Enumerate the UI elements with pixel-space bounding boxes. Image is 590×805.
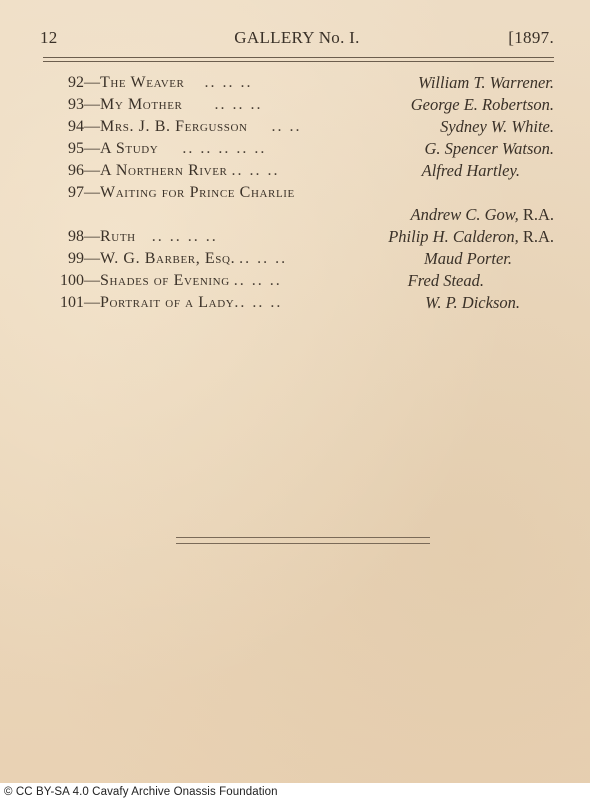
artist-name: Sydney W. White. bbox=[440, 117, 554, 136]
entry-number: 101 bbox=[40, 292, 84, 314]
em-dash: — bbox=[84, 270, 100, 292]
dot-leaders: .. .. .. .. .. bbox=[182, 140, 266, 157]
artist-name: Alfred Hartley. bbox=[422, 161, 520, 180]
running-head: 12 GALLERY No. I. [1897. bbox=[40, 28, 554, 52]
em-dash: — bbox=[84, 116, 100, 138]
year-marker: [1897. bbox=[508, 28, 554, 48]
artist-suffix: R.A. bbox=[519, 227, 554, 246]
em-dash: — bbox=[84, 182, 100, 204]
entry-artist: Alfred Hartley. bbox=[422, 160, 520, 182]
em-dash: — bbox=[84, 94, 100, 116]
dot-leaders: .. .. .. bbox=[234, 294, 282, 311]
artist-suffix: R.A. bbox=[519, 205, 554, 224]
em-dash: — bbox=[84, 138, 100, 160]
artist-name: Andrew C. Gow, bbox=[411, 205, 519, 224]
entry-title: A Northern River bbox=[100, 162, 227, 179]
catalogue-entry: 101—Portrait of a Lady.. .. .. W. P. Dic… bbox=[40, 292, 554, 314]
catalogue-entry: 97—Waiting for Prince Charlie bbox=[40, 182, 554, 204]
entry-number: 98 bbox=[40, 226, 84, 248]
entry-number: 94 bbox=[40, 116, 84, 138]
artist-name: Maud Porter. bbox=[424, 249, 512, 268]
entry-artist: Maud Porter. bbox=[424, 248, 512, 270]
entry-title: Ruth bbox=[100, 228, 136, 245]
catalogue-list: 92—The Weaver .. .. .. William T. Warren… bbox=[40, 72, 554, 314]
artist-name: Fred Stead. bbox=[408, 271, 484, 290]
catalogue-entry: 99—W. G. Barber, Esq. .. .. .. Maud Port… bbox=[40, 248, 554, 270]
entry-artist: Sydney W. White. bbox=[440, 116, 554, 138]
dot-leaders: .. .. bbox=[272, 118, 302, 135]
artist-name: William T. Warrener. bbox=[418, 73, 554, 92]
dot-leaders: .. .. .. .. bbox=[152, 228, 218, 245]
entry-title: A Study bbox=[100, 140, 158, 157]
entry-number: 97 bbox=[40, 182, 84, 204]
artist-name: W. P. Dickson. bbox=[425, 293, 520, 312]
page-title: GALLERY No. I. bbox=[40, 28, 554, 48]
entry-title: W. G. Barber, Esq. bbox=[100, 250, 235, 267]
scanned-page: 12 GALLERY No. I. [1897. 92—The Weaver .… bbox=[0, 0, 590, 783]
em-dash: — bbox=[84, 160, 100, 182]
artist-name: Philip H. Calderon, bbox=[388, 227, 518, 246]
catalogue-entry: 95—A Study .. .. .. .. .. G. Spencer Wat… bbox=[40, 138, 554, 160]
em-dash: — bbox=[84, 72, 100, 94]
entry-artist: William T. Warrener. bbox=[418, 72, 554, 94]
entry-title: The Weaver bbox=[100, 74, 185, 91]
entry-artist: Andrew C. Gow, R.A. bbox=[411, 204, 554, 226]
entry-number: 93 bbox=[40, 94, 84, 116]
entry-number: 96 bbox=[40, 160, 84, 182]
entry-number: 92 bbox=[40, 72, 84, 94]
entry-title: Mrs. J. B. Fergusson bbox=[100, 118, 248, 135]
entry-artist: W. P. Dickson. bbox=[425, 292, 520, 314]
dot-leaders: .. .. .. bbox=[231, 162, 279, 179]
em-dash: — bbox=[84, 248, 100, 270]
catalogue-entry: 98—Ruth .. .. .. .. Philip H. Calderon, … bbox=[40, 226, 554, 248]
em-dash: — bbox=[84, 292, 100, 314]
artist-name: G. Spencer Watson. bbox=[424, 139, 554, 158]
em-dash: — bbox=[84, 226, 100, 248]
catalogue-entry: 93—My Mother .. .. .. George E. Robertso… bbox=[40, 94, 554, 116]
entry-number: 99 bbox=[40, 248, 84, 270]
catalogue-entry: 94—Mrs. J. B. Fergusson .. .. Sydney W. … bbox=[40, 116, 554, 138]
entry-artist: Fred Stead. bbox=[408, 270, 484, 292]
dot-leaders: .. .. .. bbox=[214, 96, 262, 113]
entry-artist: G. Spencer Watson. bbox=[424, 138, 554, 160]
entry-artist: Philip H. Calderon, R.A. bbox=[388, 226, 554, 248]
entry-number: 95 bbox=[40, 138, 84, 160]
dot-leaders: .. .. .. bbox=[205, 74, 253, 91]
artist-name: George E. Robertson. bbox=[411, 95, 554, 114]
entry-artist: George E. Robertson. bbox=[411, 94, 554, 116]
entry-number: 100 bbox=[40, 270, 84, 292]
entry-title: Portrait of a Lady bbox=[100, 294, 234, 311]
copyright-credit: © CC BY-SA 4.0 Cavafy Archive Onassis Fo… bbox=[4, 786, 278, 798]
section-end-double-rule bbox=[176, 537, 430, 544]
header-double-rule bbox=[43, 57, 554, 62]
entry-title: Shades of Evening bbox=[100, 272, 230, 289]
catalogue-entry: 92—The Weaver .. .. .. William T. Warren… bbox=[40, 72, 554, 94]
dot-leaders: .. .. .. bbox=[239, 250, 287, 267]
catalogue-entry: 96—A Northern River .. .. .. Alfred Hart… bbox=[40, 160, 554, 182]
entry-title: My Mother bbox=[100, 96, 182, 113]
catalogue-entry: 100—Shades of Evening .. .. .. Fred Stea… bbox=[40, 270, 554, 292]
catalogue-entry-artist-line: Andrew C. Gow, R.A. bbox=[40, 204, 554, 226]
dot-leaders: .. .. .. bbox=[234, 272, 282, 289]
entry-title: Waiting for Prince Charlie bbox=[100, 184, 295, 201]
